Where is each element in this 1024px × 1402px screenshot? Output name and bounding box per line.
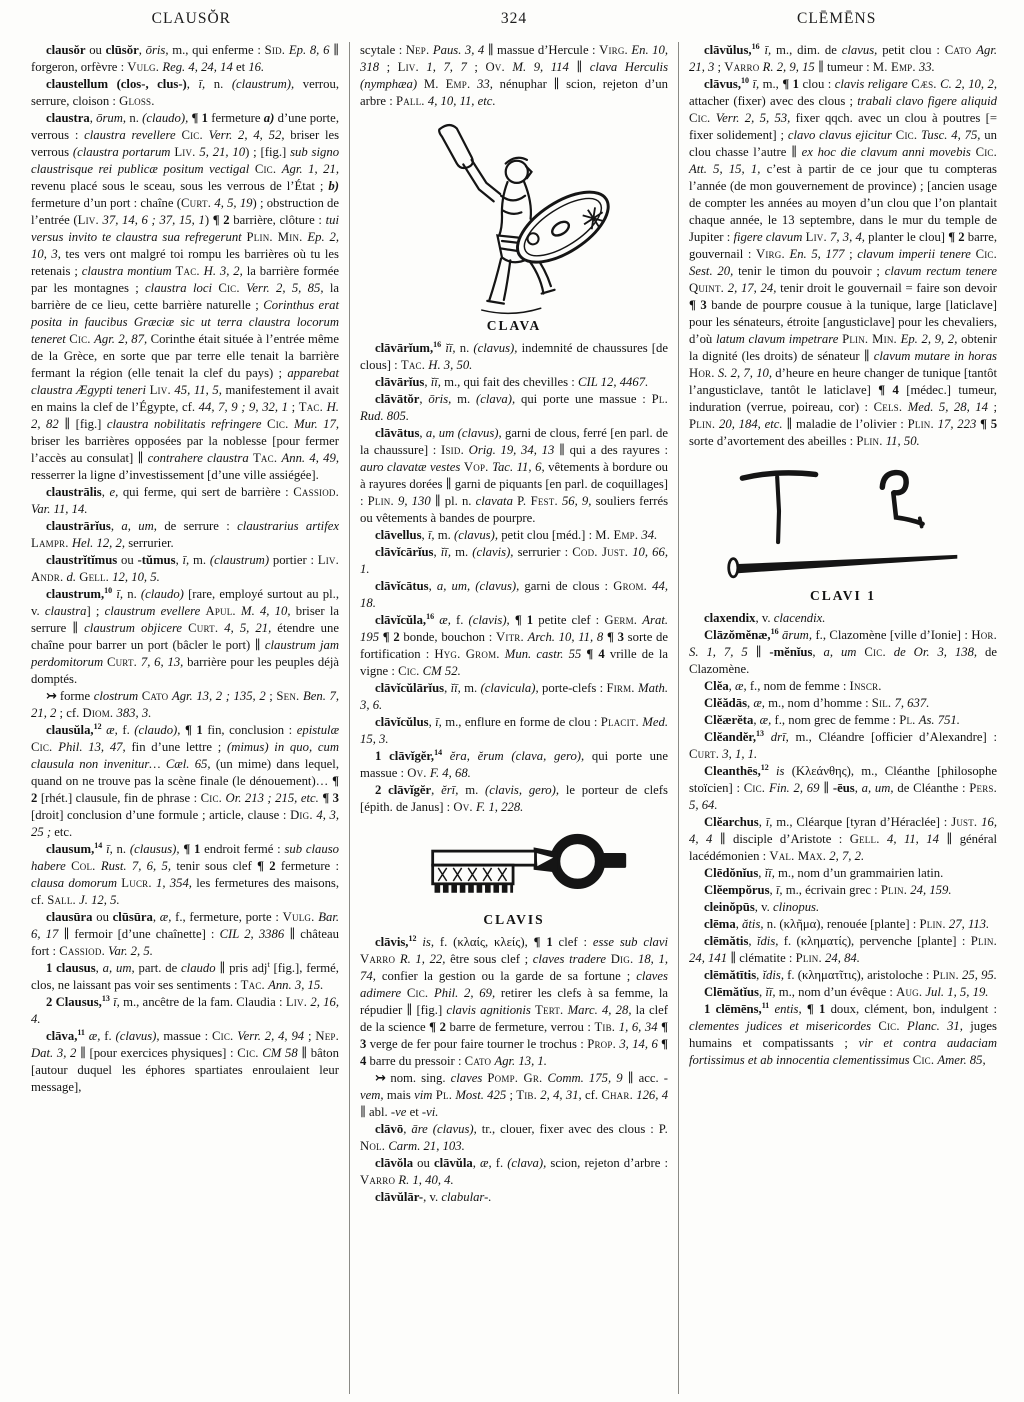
text-run: clāvātŏr bbox=[375, 392, 419, 406]
text-run bbox=[764, 730, 771, 744]
text-run: ĭī, bbox=[765, 866, 775, 880]
text-run: 10 bbox=[741, 76, 749, 85]
text-run: ou bbox=[413, 1156, 434, 1170]
text-run: Att. 5, 15, 1, bbox=[689, 162, 760, 176]
text-run: 7, 3, 4, bbox=[830, 230, 865, 244]
text-run: m., dim. de bbox=[771, 43, 842, 57]
text-run: Cic. bbox=[744, 781, 765, 795]
text-run: , bbox=[855, 781, 862, 795]
text-run: Liv. bbox=[78, 213, 99, 227]
dictionary-entry: 1 clēmēns,11 entis, ¶ 1 doux, clément, b… bbox=[689, 1001, 997, 1069]
text-run: clāvĭcŭla, bbox=[375, 613, 426, 627]
dictionary-entry: clāvō, āre (clavus), tr., clouer, fixer … bbox=[360, 1121, 668, 1155]
text-run: Mun. castr. 55 bbox=[505, 647, 582, 661]
text-run: Quint. bbox=[689, 281, 724, 295]
text-run: 16 bbox=[433, 340, 441, 349]
text-run: ; bbox=[379, 60, 398, 74]
text-run: 3, 1, 1. bbox=[722, 747, 757, 761]
text-run: ; bbox=[714, 60, 724, 74]
text-run: Liv. bbox=[806, 230, 827, 244]
text-run bbox=[417, 77, 424, 91]
text-run: ∥ clématite : bbox=[727, 951, 796, 965]
text-run: Verr. 2, 4, 52, bbox=[209, 128, 285, 142]
text-run: Verr. 2, 5, 53, bbox=[716, 111, 791, 125]
text-run: , bbox=[153, 910, 160, 924]
text-run: 4, 11, 14 bbox=[887, 832, 939, 846]
text-run: e, bbox=[109, 485, 118, 499]
column-rule bbox=[678, 42, 679, 1394]
dictionary-entry: scytale : Nep. Paus. 3, 4 ∥ massue d’Her… bbox=[360, 42, 668, 110]
text-run: Vulg. bbox=[283, 910, 315, 924]
text-run: 1 clēmēns, bbox=[704, 1002, 762, 1016]
dictionary-entry: clēma, ătis, n. (κλῆμα), renouée [plante… bbox=[689, 916, 997, 933]
text-run: ¶ 1 bbox=[515, 613, 533, 627]
text-run: S. 1, 7, 5 bbox=[689, 645, 748, 659]
dictionary-entry: clāvŏla ou clāvŭla, æ, f. (clava), scion… bbox=[360, 1155, 668, 1189]
text-run: Tac. bbox=[176, 264, 200, 278]
text-run: Plin. bbox=[881, 883, 907, 897]
text-run: d. bbox=[67, 570, 77, 584]
text-run: Hyg. Grom. bbox=[434, 647, 499, 661]
dictionary-entry: clāvĭcŭla,16 æ, f. (clavis), ¶ 1 petite … bbox=[360, 612, 668, 680]
text-run: Comm. 175, 9 bbox=[548, 1071, 623, 1085]
text-run: 13 bbox=[102, 994, 110, 1003]
text-run: Plin. bbox=[908, 417, 934, 431]
dictionary-entry: clēmătītis, ĭdis, f. (κληματῖτις), arist… bbox=[689, 967, 997, 984]
text-run: Curt. bbox=[188, 621, 218, 635]
text-run: 3, 14, 6 bbox=[619, 1037, 657, 1051]
text-run: Plin. bbox=[368, 494, 394, 508]
text-run: ¶ 4 bbox=[878, 383, 899, 397]
text-run: clabular-. bbox=[441, 1190, 491, 1204]
text-run: petite clef : bbox=[533, 613, 604, 627]
text-run: Amer. 85, bbox=[937, 1053, 985, 1067]
text-run: Tac. bbox=[299, 400, 323, 414]
text-run: Cato bbox=[465, 1054, 492, 1068]
dictionary-entry: clāvātŏr, ōris, m. (clava), qui porte un… bbox=[360, 391, 668, 425]
text-run: Cato bbox=[945, 43, 972, 57]
text-run: portier : bbox=[269, 553, 318, 567]
text-run: ] ; bbox=[86, 604, 104, 618]
dictionary-entry: Clĕandĕr,13 drī, m., Cléandre [officier … bbox=[689, 729, 997, 763]
text-run: 2, 7, 2. bbox=[829, 849, 864, 863]
text-run: clavum rectum tenere bbox=[885, 264, 997, 278]
text-run: æ, bbox=[89, 1029, 101, 1043]
text-run: (clavis), bbox=[472, 545, 513, 559]
text-run: Cic. bbox=[237, 1046, 258, 1060]
text-run: ārum, bbox=[782, 628, 812, 642]
text-run: ¶ 1 bbox=[782, 77, 799, 91]
text-run: ĭdis, bbox=[757, 934, 779, 948]
dictionary-entry: claustrum,10 ī, n. (claudo) [rare, emplo… bbox=[31, 586, 339, 688]
dictionary-entry: Clĕarchus, ī, m., Cléarque [tyran d’Héra… bbox=[689, 814, 997, 865]
text-run: Dig. bbox=[290, 808, 313, 822]
text-run: ∥ maladie de l’olivier : bbox=[783, 417, 908, 431]
text-run: ∥ massue d’Hercule : bbox=[484, 43, 599, 57]
text-run: esse sub clavi bbox=[593, 935, 668, 949]
text-run: Plin. bbox=[689, 417, 715, 431]
text-run: P. Fest. bbox=[517, 494, 558, 508]
text-run: clausŭla, bbox=[46, 723, 94, 737]
text-run: CIL 2, 3386 bbox=[220, 927, 285, 941]
text-run: Tac. bbox=[241, 978, 265, 992]
page-number: 324 bbox=[353, 10, 676, 28]
clavis-figure: CLAVIS bbox=[360, 824, 668, 928]
dictionary-page: CLAUSŎR 324 CLĒMĒNS clausŏr ou clūsŏr, ō… bbox=[0, 0, 1024, 1394]
text-run: qui ferme, qui sert de barrière : bbox=[118, 485, 293, 499]
text-run: ĭdis, bbox=[762, 968, 784, 982]
text-run: f. (κληματῖτις), aristoloche : bbox=[784, 968, 933, 982]
text-run: m. bbox=[451, 545, 472, 559]
text-run: J. 12, 5. bbox=[79, 893, 120, 907]
text-run: part. de bbox=[135, 961, 181, 975]
text-run: æ, bbox=[760, 713, 772, 727]
text-run: (claustrum), bbox=[232, 77, 294, 91]
text-run: is, bbox=[422, 935, 434, 949]
text-run: M. Emp. bbox=[873, 60, 916, 74]
text-run: clēmătis bbox=[704, 934, 748, 948]
text-run: Liv. bbox=[150, 383, 171, 397]
text-run: [droit] conclusion d’une formule ; artic… bbox=[31, 808, 290, 822]
text-run: Pl. bbox=[652, 392, 668, 406]
dictionary-entry: claustrālis, e, qui ferme, qui sert de b… bbox=[31, 484, 339, 518]
dictionary-entry: 2 Clausus,13 ī, m., ancêtre de la fam. C… bbox=[31, 994, 339, 1028]
dictionary-entry: clāvĭcātus, a, um, (clavus), garni de cl… bbox=[360, 578, 668, 612]
text-run: clāvĭcātus bbox=[375, 579, 429, 593]
column-1: clausŏr ou clūsŏr, ōris, m., qui enferme… bbox=[30, 42, 340, 1388]
text-run: 45, 11, 5, bbox=[174, 383, 221, 397]
dictionary-entry: Clāzŏmĕnæ,16 ārum, f., Clazomène [ville … bbox=[689, 627, 997, 678]
text-run: clāvĭcŭlus bbox=[375, 715, 429, 729]
text-run: mais bbox=[384, 1088, 415, 1102]
text-run: Cic. bbox=[398, 664, 419, 678]
text-run: barre du pressoir : bbox=[366, 1054, 464, 1068]
text-run: 1 clausus bbox=[46, 961, 96, 975]
text-run: ĭī, bbox=[441, 545, 451, 559]
text-run: 11 bbox=[77, 1028, 85, 1037]
text-run: 2, 4, 31, bbox=[540, 1088, 581, 1102]
text-run: M. 4, 10, bbox=[241, 604, 291, 618]
text-run: ¶ 2 bbox=[383, 630, 400, 644]
text-run: (clavus), bbox=[454, 528, 498, 542]
dictionary-entry: clāvŭlus,16 ī, m., dim. de clavus, petit… bbox=[689, 42, 997, 76]
text-run: f. bbox=[118, 723, 135, 737]
text-run: 24, 159. bbox=[910, 883, 951, 897]
text-run: R. 1, 22, bbox=[400, 952, 446, 966]
dictionary-entry: clausŏr ou clūsŏr, ōris, m., qui enferme… bbox=[31, 42, 339, 76]
text-run: clausum, bbox=[46, 842, 94, 856]
text-run: ōris, bbox=[146, 43, 169, 57]
text-run: Agr. 13, 1. bbox=[494, 1054, 547, 1068]
text-run: æ, bbox=[753, 696, 765, 710]
text-run: 13 bbox=[756, 729, 764, 738]
text-run: ¶ 2 bbox=[429, 1020, 446, 1034]
dictionary-entry: clēmătis, ĭdis, f. (κληματίς), pervenche… bbox=[689, 933, 997, 967]
text-run: forme bbox=[60, 689, 94, 703]
dictionary-entry: Clĕærĕta, æ, f., nom grec de femme : Pl.… bbox=[689, 712, 997, 729]
text-run: Virg. bbox=[756, 247, 785, 261]
text-run: Cassiod. bbox=[59, 944, 105, 958]
text-run: clāvŭlus, bbox=[704, 43, 752, 57]
text-run: verge de fer pour faire tourner le troch… bbox=[366, 1037, 587, 1051]
text-run: 2, 17, 24, bbox=[728, 281, 777, 295]
text-run: Liv. bbox=[174, 145, 195, 159]
text-run: Varro bbox=[360, 1173, 395, 1187]
dictionary-entry: ↣ forme clostrum Cato Agr. 13, 2 ; 135, … bbox=[31, 688, 339, 722]
text-run: Tib. bbox=[594, 1020, 615, 1034]
text-run: clāvātus bbox=[375, 426, 419, 440]
text-run: æ, bbox=[480, 1156, 492, 1170]
text-run: H. 3, 50. bbox=[428, 358, 472, 372]
text-run: Planc. 31, bbox=[907, 1019, 963, 1033]
dictionary-entry: Clēdŏnĭus, ĭī, m., nom d’un grammairien … bbox=[689, 865, 997, 882]
text-run: Plin. bbox=[856, 434, 882, 448]
text-run: n. bbox=[126, 111, 142, 125]
text-run: , bbox=[748, 934, 757, 948]
text-run: claustrum objicere bbox=[84, 621, 182, 635]
text-run: de Cléanthe : bbox=[894, 781, 970, 795]
dictionary-entry: clāvārĭum,16 ĭī, n. (clavus), indemnité … bbox=[360, 340, 668, 374]
text-run: m., nom d’un grammairien latin. bbox=[775, 866, 943, 880]
text-run: Clĕempŏrus bbox=[704, 883, 770, 897]
text-run: 4, 5, 19 bbox=[214, 196, 252, 210]
text-run: m. bbox=[451, 392, 476, 406]
text-run: 37, 14, 6 ; 37, 15, 1 bbox=[103, 213, 205, 227]
text-run: 1, 6, 34 bbox=[619, 1020, 658, 1034]
page-header: CLAUSŎR 324 CLĒMĒNS bbox=[30, 10, 998, 28]
text-run: ¶ 1 bbox=[192, 111, 208, 125]
text-run: -ēus bbox=[833, 781, 855, 795]
text-run: Hor. bbox=[689, 366, 715, 380]
column-2: scytale : Nep. Paus. 3, 4 ∥ massue d’Her… bbox=[359, 42, 669, 1388]
text-run: 7, 637. bbox=[894, 696, 929, 710]
text-run: massue : bbox=[160, 1029, 212, 1043]
text-run: ∥ bbox=[569, 60, 590, 74]
clava-figure: CLAVA bbox=[360, 118, 668, 334]
text-run: ī, bbox=[113, 995, 120, 1009]
dictionary-entry: claustrārĭus, a, um, de serrure : claust… bbox=[31, 518, 339, 552]
text-run: Orig. 19, 34, 13 bbox=[469, 443, 555, 457]
text-run: ¶ 1 bbox=[183, 842, 200, 856]
dictionary-entry: claxendix, v. clacendix. bbox=[689, 610, 997, 627]
text-run: Cæs. bbox=[911, 77, 936, 91]
text-run: drī, bbox=[771, 730, 789, 744]
text-run: , v. bbox=[755, 900, 773, 914]
text-run: clāvārĭum, bbox=[375, 341, 433, 355]
text-run: clūsūra bbox=[113, 910, 153, 924]
text-run: R. 2, 9, 15 bbox=[763, 60, 815, 74]
text-run: qui porte une massue : bbox=[515, 392, 652, 406]
text-run: ĭī, bbox=[431, 375, 441, 389]
text-run: , bbox=[111, 519, 122, 533]
text-run: clāvus, bbox=[704, 77, 741, 91]
text-run: Clāzŏmĕnæ, bbox=[704, 628, 771, 642]
text-run: claustra loci bbox=[145, 281, 212, 295]
text-run: Phil. 2, 69, bbox=[434, 986, 495, 1000]
text-run: Ep. 8, 6 bbox=[289, 43, 330, 57]
text-run: sorte d’avortement des abeilles : bbox=[689, 434, 856, 448]
text-run: ī, bbox=[428, 528, 435, 542]
text-run: æ, bbox=[106, 723, 118, 737]
text-run: f., Clazomène [ville d’Ionie] : bbox=[812, 628, 971, 642]
text-run: clostrum bbox=[94, 689, 138, 703]
text-run: Cic. bbox=[212, 1029, 233, 1043]
dictionary-entry: clāvus,10 ī, m., ¶ 1 clou : clavis relig… bbox=[689, 76, 997, 450]
text-run: Cic. bbox=[201, 791, 222, 805]
text-run: Cels. bbox=[874, 400, 903, 414]
text-run: 1, 7, 7 bbox=[426, 60, 466, 74]
text-run: Cassiod. bbox=[293, 485, 339, 499]
text-run: nom. sing. bbox=[390, 1071, 450, 1085]
text-run: planter le clou] bbox=[865, 230, 948, 244]
text-run: 16 bbox=[752, 42, 760, 51]
text-run: fin d’une lettre ; bbox=[126, 740, 227, 754]
dictionary-entry: 1 clausus, a, um, part. de claudo ∥ pris… bbox=[31, 960, 339, 994]
text-run: Plin. bbox=[920, 917, 946, 931]
text-run: n. bbox=[123, 587, 141, 601]
text-run: ī, bbox=[776, 883, 783, 897]
text-run: ĭī, bbox=[765, 985, 775, 999]
text-run: ; bbox=[304, 1029, 315, 1043]
text-run: Mur. 17, bbox=[294, 417, 339, 431]
text-run: barrière, clôture : bbox=[230, 213, 326, 227]
column-rule bbox=[349, 42, 350, 1394]
text-run: ōrum, bbox=[96, 111, 126, 125]
dictionary-entry: 2 clāvĭgĕr, ĕrī, m. (clavis, gero), le p… bbox=[360, 782, 668, 816]
text-run: clāvĭcŭlārĭus bbox=[375, 681, 444, 695]
text-run: Val. Max. bbox=[769, 849, 826, 863]
text-run: ∥ disciple d’Aristote : bbox=[712, 832, 849, 846]
text-run: (claustrum) bbox=[210, 553, 269, 567]
text-run: Placit. bbox=[601, 715, 639, 729]
text-run: cf. bbox=[582, 1088, 602, 1102]
text-run: Clĕădās bbox=[704, 696, 747, 710]
text-run: As. 751. bbox=[919, 713, 960, 727]
text-run: scion, rejeton d’arbre : bbox=[546, 1156, 668, 1170]
text-run: ∥ [pour exercices physiques] : bbox=[76, 1046, 237, 1060]
text-run: claustrārĭus bbox=[46, 519, 111, 533]
text-run: Cic. bbox=[218, 281, 239, 295]
dictionary-entry: claustra, ōrum, n. (claudo), ¶ 1 fermetu… bbox=[31, 110, 339, 484]
text-run: Plin. bbox=[796, 951, 822, 965]
text-run: ) ; [fig.] bbox=[245, 145, 290, 159]
text-run: Rust. 7, 6, 5, bbox=[101, 859, 171, 873]
text-run: -ve bbox=[391, 1105, 407, 1119]
dictionary-entry: clāvĭcŭlus, ī, m., enflure en forme de c… bbox=[360, 714, 668, 748]
text-run: 9, 130 bbox=[398, 494, 431, 508]
text-run: C. 2, 10, 2, bbox=[940, 77, 997, 91]
text-run: Agr. 1, 21, bbox=[282, 162, 339, 176]
text-run: claustrarius artifex bbox=[237, 519, 339, 533]
text-run: ĕrī, bbox=[441, 783, 458, 797]
text-run: Lampr. bbox=[31, 536, 69, 550]
text-run: 27, 113. bbox=[949, 917, 989, 931]
text-run: 4, 5, 21, bbox=[224, 621, 271, 635]
text-run bbox=[442, 749, 450, 763]
text-run: (clava), bbox=[507, 1156, 546, 1170]
text-run: , v. bbox=[755, 611, 773, 625]
text-run: Hor. bbox=[971, 628, 997, 642]
text-run: , v. bbox=[423, 1190, 441, 1204]
text-run: æ, bbox=[735, 679, 747, 693]
text-run: latum clavum impetrare bbox=[716, 332, 838, 346]
text-run: endroit fermé : bbox=[200, 842, 284, 856]
text-run: Tert. bbox=[535, 1003, 563, 1017]
text-run: auro clavatæ vestes bbox=[360, 460, 460, 474]
text-run: clausūra bbox=[46, 910, 93, 924]
text-run: Cic. bbox=[255, 162, 276, 176]
text-run: ; bbox=[844, 247, 857, 261]
text-run: 10 bbox=[104, 586, 112, 595]
text-run: 4, 10, 11, etc. bbox=[428, 94, 496, 108]
text-run: ∥ bbox=[748, 645, 770, 659]
text-run: Col. bbox=[71, 859, 95, 873]
text-run: 12 bbox=[761, 763, 769, 772]
text-run: Verr. 2, 5, 85, bbox=[246, 281, 323, 295]
text-run: (claudo) bbox=[141, 587, 184, 601]
text-run: clēmătītis bbox=[704, 968, 756, 982]
text-run: Just. bbox=[951, 815, 977, 829]
clavis-illustration-antique-key bbox=[389, 824, 639, 910]
dictionary-entry: Clĕempŏrus, ī, m., écrivain grec : Plin.… bbox=[689, 882, 997, 899]
text-run: ; bbox=[988, 400, 997, 414]
text-run: Cic. bbox=[69, 332, 90, 346]
text-run: entis, bbox=[775, 1002, 802, 1016]
text-run: tenir sous clef bbox=[171, 859, 257, 873]
text-run: Clĕa bbox=[704, 679, 729, 693]
text-run: Reg. 4, 24, 14 bbox=[162, 60, 232, 74]
text-run: Cic. bbox=[878, 1019, 899, 1033]
dictionary-entry: clausum,14 ī, n. (clausus), ¶ 1 endroit … bbox=[31, 841, 339, 909]
text-run: Cic. bbox=[181, 128, 202, 142]
clava-illustration-man-with-club-and-shield bbox=[408, 118, 620, 316]
text-run: Germ. bbox=[604, 613, 637, 627]
text-run: Dat. 3, 2 bbox=[31, 1046, 76, 1060]
text-run: resserrer la ligne d’investissement [d’u… bbox=[31, 468, 319, 482]
dictionary-entry: claustellum (clos-, clus-), ī, n. (claus… bbox=[31, 76, 339, 110]
text-run: Vop. bbox=[464, 460, 489, 474]
text-run: Hel. 12, 2, bbox=[72, 536, 125, 550]
text-run: f., nom de femme : bbox=[747, 679, 850, 693]
text-run: m., Cléarque [tyran d’Héraclée] : bbox=[772, 815, 951, 829]
text-run: m. bbox=[189, 553, 210, 567]
text-run: m., écrivain grec : bbox=[783, 883, 881, 897]
text-run: (clavicula), bbox=[481, 681, 539, 695]
text-run: Gell. bbox=[850, 832, 880, 846]
text-run: clēma bbox=[704, 917, 736, 931]
text-run: Aug. bbox=[896, 985, 922, 999]
text-run: Vulg. bbox=[127, 60, 159, 74]
text-run: Cic. bbox=[976, 247, 997, 261]
text-run: Cato bbox=[142, 689, 169, 703]
text-run: n. (κλῆμα), renouée [plante] : bbox=[764, 917, 920, 931]
text-run: de Or. 3, 138, bbox=[894, 645, 977, 659]
text-run: fermeture d’un port : chaîne ( bbox=[31, 196, 181, 210]
text-run: n. bbox=[205, 77, 232, 91]
text-run: Verr. 2, 4, 94 bbox=[237, 1029, 304, 1043]
text-run: ex hoc die clavum anni movebis bbox=[802, 145, 971, 159]
text-run: clavum mutare in horas bbox=[874, 349, 997, 363]
text-run: 24, 141 bbox=[689, 951, 727, 965]
text-run: ; bbox=[506, 1088, 516, 1102]
text-run: ∥ pl. n. bbox=[431, 494, 476, 508]
text-run: clausŏr bbox=[46, 43, 85, 57]
text-run: Isid. bbox=[441, 443, 464, 457]
text-run: a, um, bbox=[103, 961, 135, 975]
text-run: ¶ 3 bbox=[607, 630, 624, 644]
text-run: clāvellus bbox=[375, 528, 422, 542]
text-run: clāvŭla bbox=[434, 1156, 473, 1170]
